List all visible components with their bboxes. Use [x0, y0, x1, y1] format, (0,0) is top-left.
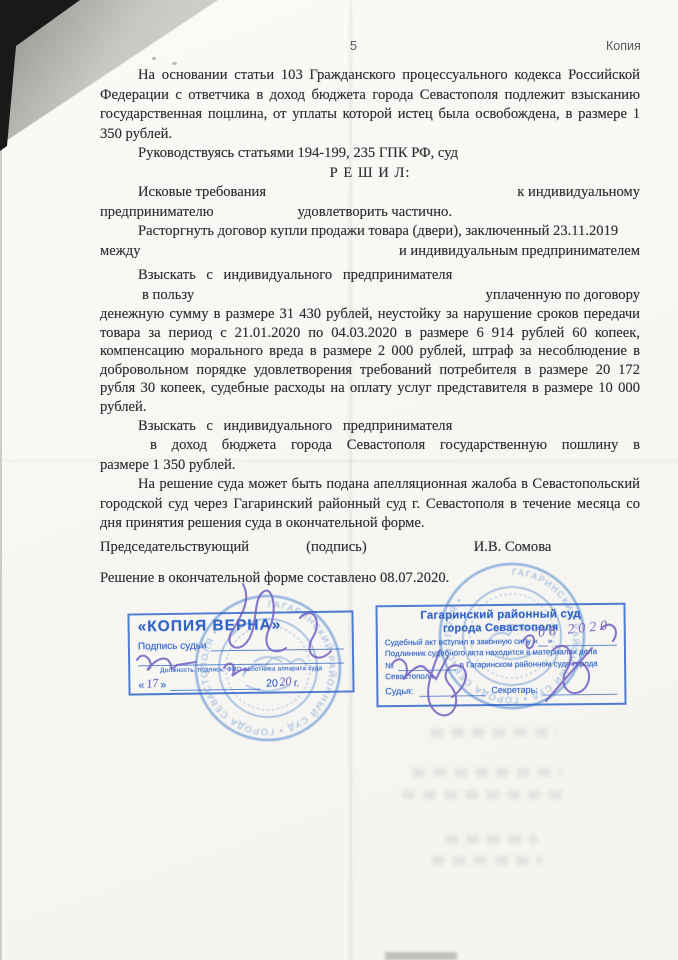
in-favor-word: в пользу: [100, 286, 194, 306]
entrepreneur-word: и индивидуальным предпринимателем: [399, 242, 640, 262]
document-body: На основании статьи 103 Гражданского про…: [100, 0, 640, 589]
presiding-judge-label: Председательствующий: [100, 538, 249, 558]
copy-stamp-date-line: « 17 » 20 20 г.: [138, 673, 344, 691]
recover-line-1: Взыскать с индивидуального предпринимате…: [100, 266, 640, 286]
copy-verified-stamp: «КОПИЯ ВЕРНА» Подпись судьи Должность, п…: [127, 610, 354, 695]
year-prefix: 20: [266, 677, 278, 689]
month-line: [170, 676, 260, 690]
paragraph-basis: На основании статьи 103 Гражданского про…: [100, 66, 640, 144]
terminate-contract-line: Расторгнуть договор купли продажи товара…: [100, 222, 640, 242]
copy-stamp-caption: Должность, подпись, ФИО работника аппара…: [138, 664, 344, 674]
case-number-label: №: [385, 660, 394, 671]
signature-row: Председательствующий (подпись) И.В. Сомо…: [100, 538, 640, 558]
paid-under-contract: уплаченную по договору: [486, 286, 640, 306]
spacer: [367, 538, 474, 558]
in-favor-line: в пользу уплаченную по договору: [100, 286, 640, 306]
resolution-heading: Р Е Ш И Л:: [100, 164, 640, 184]
paragraph-guided-by: Руководствуясь статьями 194-199, 235 ГПК…: [100, 144, 640, 164]
claims-line-2: предпринимателю удовлетворить частично.: [100, 203, 640, 223]
judge-sign-line: [419, 687, 485, 697]
scanned-court-decision-page: 5 Копия На основании статьи 103 Гражданс…: [0, 0, 678, 960]
between-line: между и индивидуальным предпринимателем: [100, 242, 640, 262]
copy-stamp-judge-line: Подпись судьи: [138, 637, 344, 653]
scan-smudge: [385, 952, 457, 960]
between-word: между: [100, 242, 141, 262]
secretary-sign-line: [543, 686, 618, 696]
spacer: [249, 538, 306, 558]
claims-line-1: Исковые требования к индивидуальному: [100, 183, 640, 203]
appeal-paragraph: На решение суда может быть подана апелля…: [100, 475, 640, 534]
handwritten-year: 20: [279, 673, 292, 689]
signature-line: [210, 637, 344, 652]
court-location-text: в Гагаринском районном суде города: [460, 658, 598, 670]
duty-amount-line: размере 1 350 рублей.: [100, 456, 640, 476]
copy-stamp-title: «КОПИЯ ВЕРНА»: [138, 616, 344, 637]
court-certification-stamp: Гагаринский районный суд города Севастоп…: [375, 603, 626, 708]
secretary-label: Секретарь:: [491, 685, 538, 696]
signature-placeholder: (подпись): [306, 538, 367, 558]
bleed-through-line: [430, 728, 558, 737]
bleed-through-line: [432, 856, 542, 865]
sevastopol-line: Севастополя: [385, 669, 617, 682]
year-suffix: г.: [294, 677, 300, 689]
handwritten-day: 17: [145, 675, 159, 691]
quote-close: »: [160, 679, 166, 691]
claims-defendant-2: предпринимателю: [100, 203, 214, 223]
amounts-paragraph: денежную сумму в размере 31 430 рублей, …: [100, 305, 640, 417]
claims-defendant: к индивидуальному: [517, 183, 640, 203]
recover-line-2: Взыскать с индивидуального предпринимате…: [100, 417, 640, 437]
claims-text: Исковые требования: [138, 183, 266, 203]
judge-name: И.В. Сомова: [474, 538, 552, 558]
claims-outcome: удовлетворить частично.: [298, 203, 452, 223]
bleed-through-line: [402, 790, 570, 799]
case-number-blank: [398, 661, 456, 671]
bleed-through-line: [412, 768, 562, 777]
bleed-through-line: [445, 835, 537, 844]
legal-force-text: Судебный акт вступил в законную силу «: [385, 635, 538, 648]
original-act-line: Подлинник судебного акта находится в мат…: [385, 645, 617, 658]
quote-open: «: [138, 679, 144, 691]
officials-line: Судья: Секретарь:: [385, 684, 617, 697]
state-duty-line: в доход бюджета города Севастополя госуд…: [100, 436, 640, 456]
judge-label: Судья:: [385, 686, 413, 697]
judge-signature-label: Подпись судьи: [138, 640, 207, 652]
